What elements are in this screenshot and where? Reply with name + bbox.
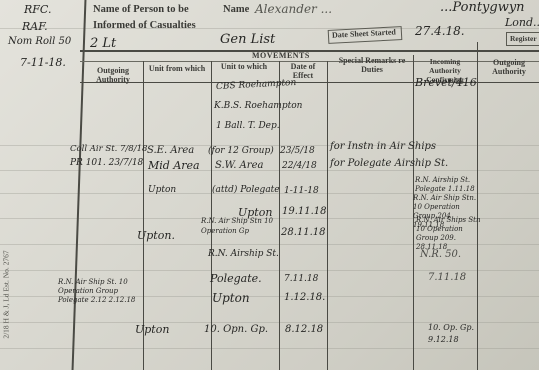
table-cell-incoming: R.N. Air Ships Stn 10 Operation Group 20… <box>416 216 484 252</box>
margin-note-raf: RAF. <box>22 20 48 33</box>
table-cell-unit-from: Upton. <box>137 229 175 242</box>
address-value-2: Lond... <box>505 16 539 29</box>
table-cell-unit-from: Upton <box>148 185 176 195</box>
address-value: ...Pontygwyn <box>440 0 525 15</box>
informed-casualties-label: Informed of Casualties <box>93 20 196 31</box>
table-cell-unit-to: R.N. Airship St. <box>208 249 279 259</box>
name-value: Alexander ... <box>255 2 332 16</box>
margin-note-date: 7-11-18. <box>20 56 66 69</box>
register-box: Register <box>506 32 539 46</box>
col-header-outgoing-authority: Outgoing Authority <box>86 66 140 84</box>
table-cell-outgoing: PR 101. 23/7/18 <box>70 158 143 168</box>
table-cell-date: 7.11.18 <box>284 274 318 284</box>
margin-note-nom-roll: Nom Roll 50 <box>8 36 71 47</box>
date-sheet-started-label: Date Sheet Started <box>332 27 396 39</box>
table-cell-outgoing: Coll Air St. 7/8/18 <box>70 144 147 154</box>
table-cell-remarks: for Polegate Airship St. <box>330 158 448 169</box>
table-cell-unit-to: 1 Ball. T. Dep. <box>216 121 280 131</box>
col-divider-4 <box>327 61 328 370</box>
table-cell-unit-to: K.B.S. Roehampton <box>214 101 302 111</box>
name-label: Name <box>223 4 249 15</box>
margin-note-rfc: RFC. <box>24 3 51 16</box>
table-cell-outgoing: R.N. Air Ship St. 10 Operation Group Pol… <box>58 278 138 305</box>
date-sheet-started-value: 27.4.18. <box>415 24 465 38</box>
table-cell-unit-from: Mid Area <box>148 159 200 172</box>
table-cell-incoming: Brevet/416 <box>415 76 477 89</box>
col-header-unit-to: Unit to which <box>214 62 274 71</box>
table-cell-unit-from: S.E. Area <box>147 145 194 156</box>
date-sheet-started-box: Date Sheet Started <box>328 26 403 44</box>
table-cell-date: 19.11.18 <box>282 206 327 217</box>
table-cell-unit-to: R.N. Air Ship Stn 10 Operation Gp <box>201 216 283 236</box>
list-value: Gen List <box>220 32 275 47</box>
table-cell-incoming: N.R. 50. <box>420 249 461 260</box>
table-cell-date: 23/5/18 <box>280 146 315 156</box>
col-header-unit-from: Unit from which <box>148 64 206 73</box>
rank-value: 2 Lt <box>90 36 116 51</box>
table-cell-unit-to: S.W. Area <box>215 160 263 171</box>
printer-imprint: 2/18 H & J, Ld Est. No. 2767 <box>2 250 11 338</box>
table-cell-incoming: 10. Op. Gp. 9.12.18 <box>428 322 478 346</box>
register-label: Register <box>510 34 537 43</box>
form-left-border <box>72 0 87 370</box>
table-cell-unit-to: Polegate. <box>210 272 262 285</box>
movements-title: MOVEMENTS <box>252 51 310 60</box>
col-header-special-remarks: Special Remarks re Duties <box>335 56 409 74</box>
table-cell-incoming: R.N. Airship St. Polegate 1.11.18 <box>415 176 481 194</box>
name-person-label: Name of Person to be <box>93 4 189 15</box>
table-cell-unit-to: 10. Opn. Gp. <box>204 324 268 335</box>
table-cell-date: 28.11.18 <box>281 227 326 238</box>
table-cell-date: 1-11-18 <box>284 186 319 196</box>
col-header-outgoing-authority-2: Outgoing Authority <box>482 58 536 76</box>
table-cell-incoming: 7.11.18 <box>428 272 466 283</box>
table-cell-date: 22/4/18 <box>282 161 317 171</box>
table-cell-remarks: for Instn in Air Ships <box>330 141 436 152</box>
table-cell-date: 8.12.18 <box>285 324 323 335</box>
table-cell-unit-to: (attd) Polegate <box>212 185 280 195</box>
table-cell-unit-to: Upton <box>212 291 250 305</box>
table-cell-date: 1.12.18. <box>284 292 325 303</box>
table-cell-unit-to: (for 12 Group) <box>208 146 274 156</box>
table-cell-unit-to: CBS Roehampton <box>216 78 297 92</box>
table-cell-unit-from: Upton <box>135 323 169 336</box>
